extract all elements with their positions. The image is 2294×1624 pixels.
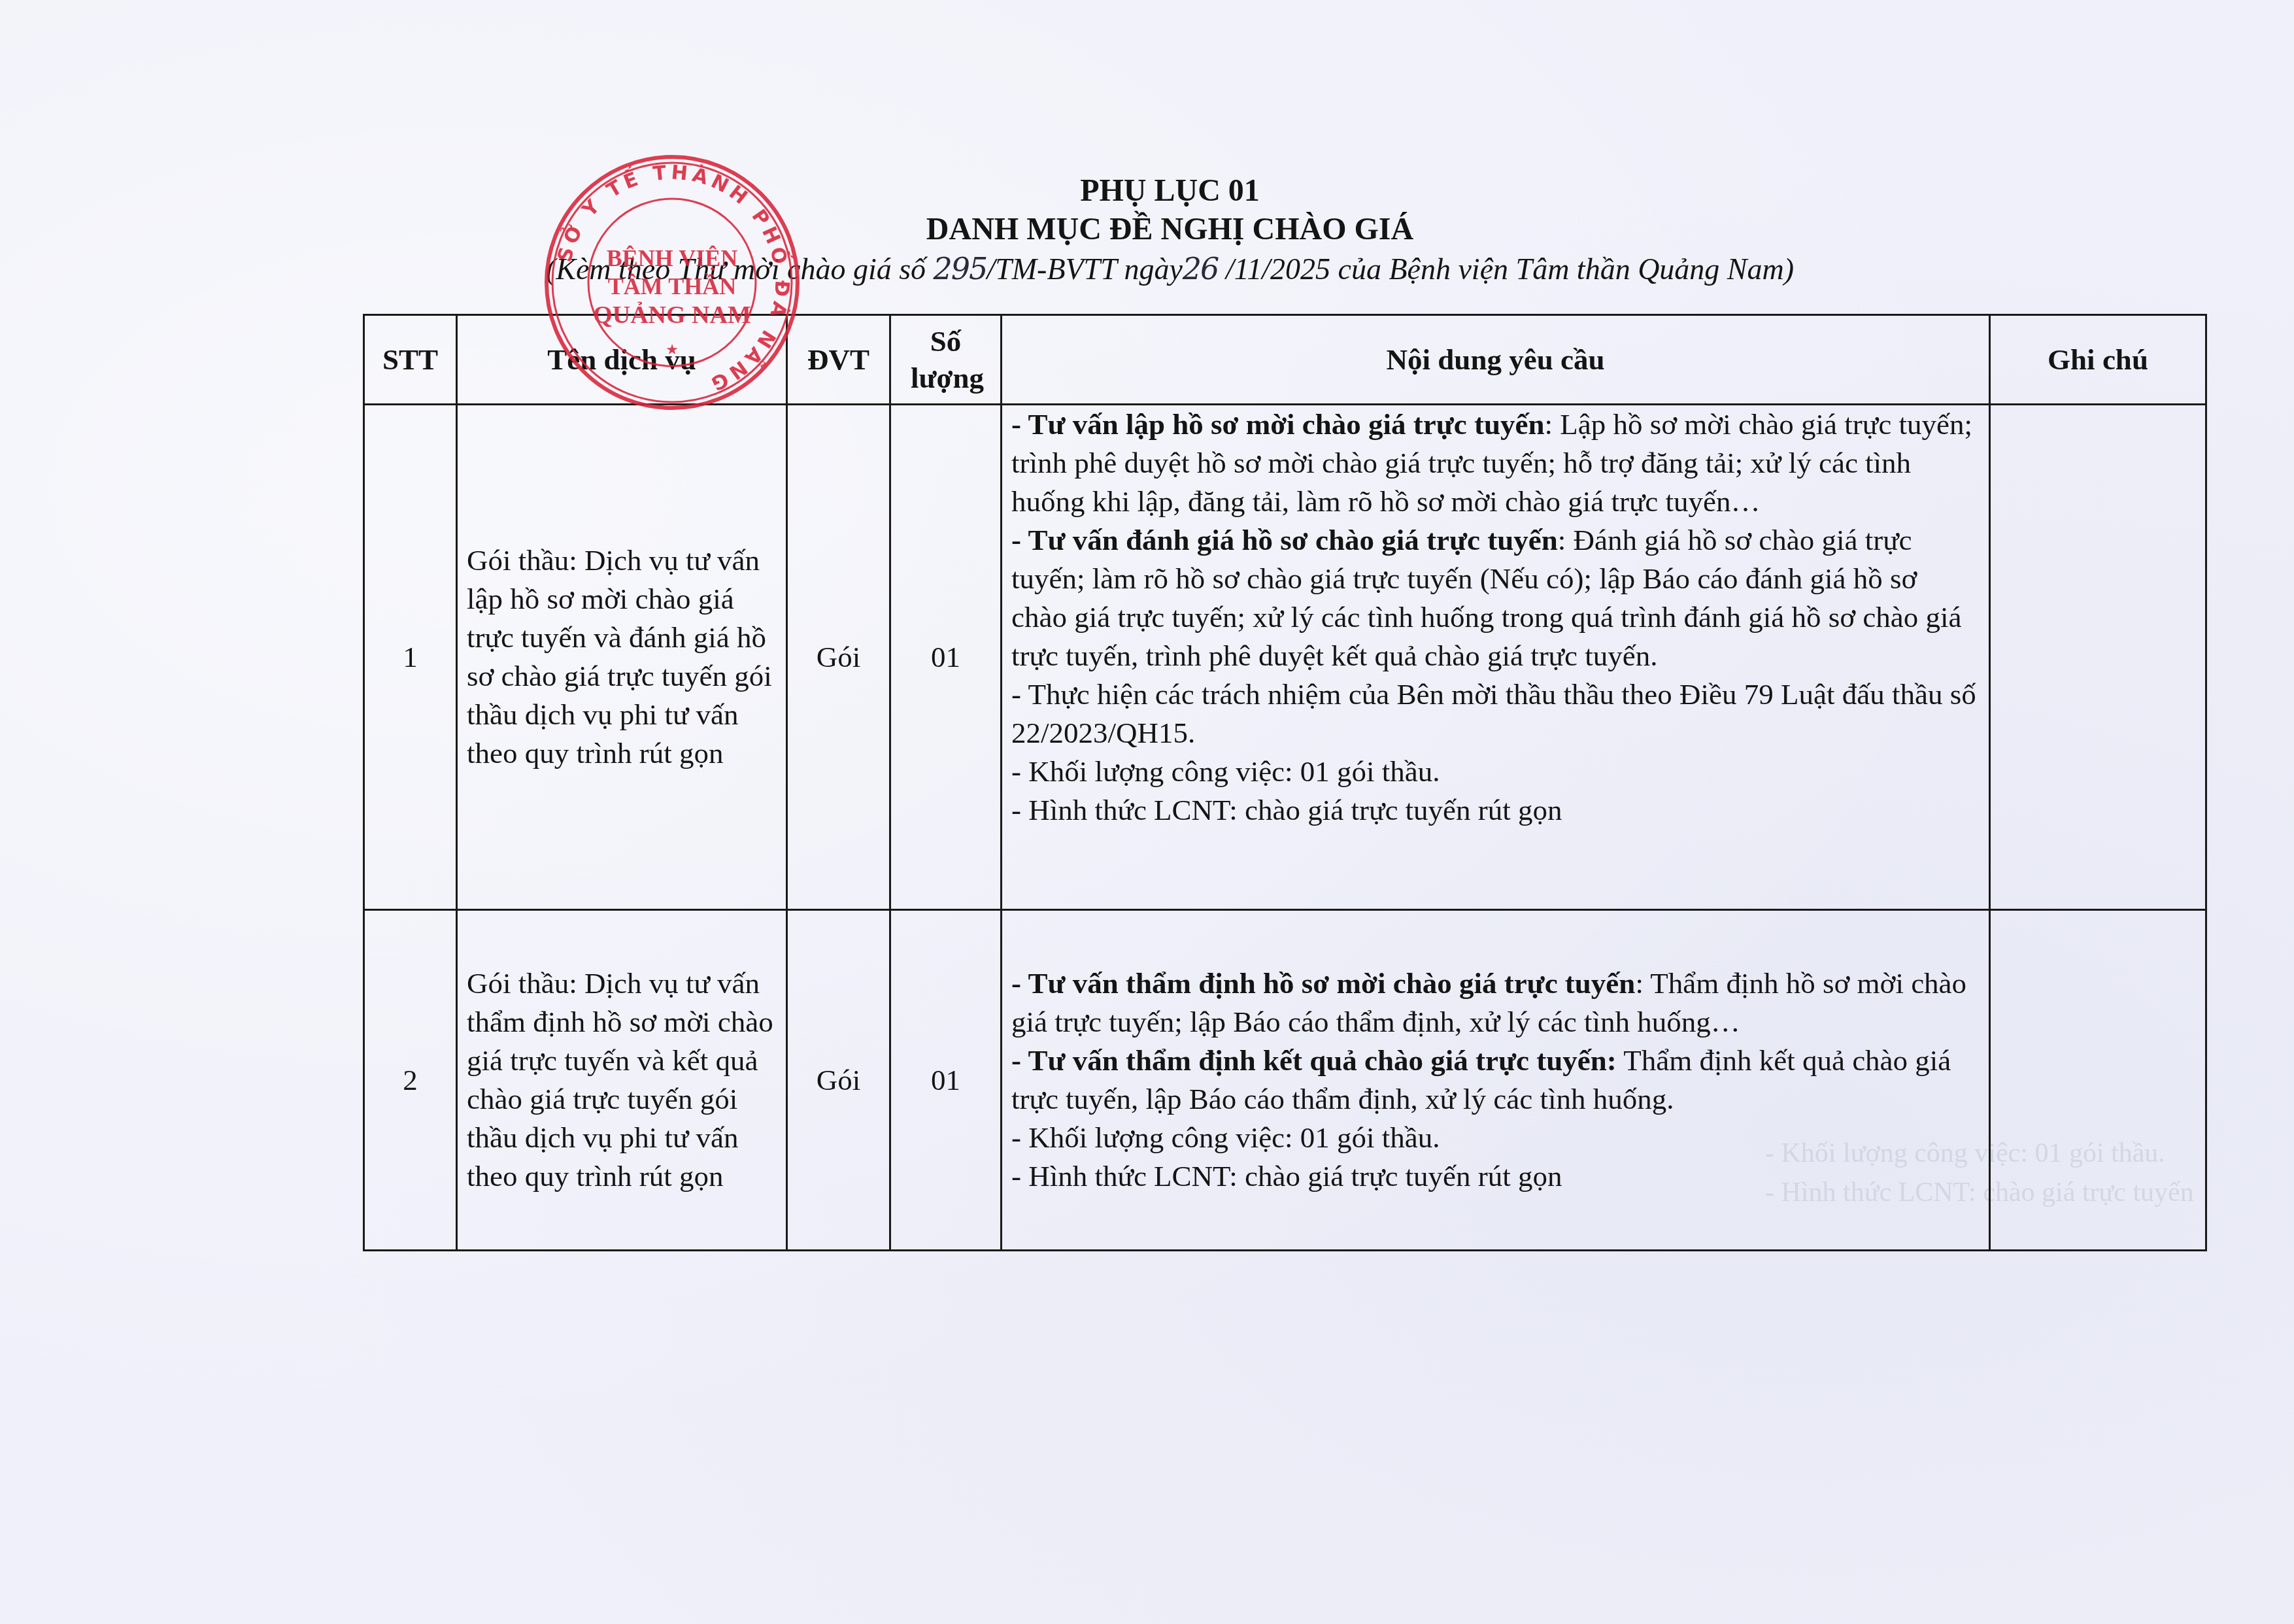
price-quote-table: STT Tên dịch vụ ĐVT Số lượng Nội dung yê… xyxy=(363,314,2207,1251)
requirement-item: - Tư vấn đánh giá hồ sơ chào giá trực tu… xyxy=(1011,521,1980,675)
cell-requirements: - Tư vấn thẩm định hồ sơ mời chào giá tr… xyxy=(1002,910,1990,1251)
appendix-title: PHỤ LỤC 01 xyxy=(0,171,2294,211)
cell-quantity: 01 xyxy=(890,405,1002,910)
document-header: PHỤ LỤC 01 DANH MỤC ĐỀ NGHỊ CHÀO GIÁ (Kè… xyxy=(0,171,2294,290)
seal-center-line3: QUẢNG NAM xyxy=(593,301,751,329)
subtitle-mid: /TM-BVTT ngày xyxy=(987,252,1182,286)
requirement-item: - Khối lượng công việc: 01 gói thầu. xyxy=(1011,1119,1980,1157)
cell-unit: Gói xyxy=(787,910,890,1251)
seal-center-line1: BỆNH VIỆN xyxy=(607,245,737,271)
cell-unit: Gói xyxy=(787,405,890,910)
subtitle: (Kèm theo Thư mời chào giá số 295/TM-BVT… xyxy=(0,248,2294,290)
cell-notes xyxy=(1990,910,2206,1251)
header-quantity: Số lượng xyxy=(890,315,1002,405)
handwritten-letter-number: 295 xyxy=(934,251,987,286)
requirement-item: - Tư vấn thẩm định kết quả chào giá trực… xyxy=(1011,1041,1980,1119)
hospital-seal-stamp: SỞ Y TẾ THÀNH PHỐ ĐÀ NẴNG BỆNH VIỆN TÂM … xyxy=(541,152,803,413)
requirement-item: - Hình thức LCNT: chào giá trực tuyến rú… xyxy=(1011,791,1980,830)
requirement-item: - Tư vấn lập hồ sơ mời chào giá trực tuy… xyxy=(1011,405,1980,521)
requirement-item: - Tư vấn thẩm định hồ sơ mời chào giá tr… xyxy=(1011,964,1980,1041)
cell-stt: 2 xyxy=(364,910,457,1251)
cell-service-name: Gói thầu: Dịch vụ tư vấn thẩm định hồ sơ… xyxy=(457,910,787,1251)
cell-requirements: - Tư vấn lập hồ sơ mời chào giá trực tuy… xyxy=(1002,405,1990,910)
table-row: 2 Gói thầu: Dịch vụ tư vấn thẩm định hồ … xyxy=(364,910,2206,1251)
cell-stt: 1 xyxy=(364,405,457,910)
handwritten-day: 26 xyxy=(1183,251,1219,286)
header-stt: STT xyxy=(364,315,457,405)
main-title: DANH MỤC ĐỀ NGHỊ CHÀO GIÁ xyxy=(0,211,2294,248)
requirement-item: - Thực hiện các trách nhiệm của Bên mời … xyxy=(1011,675,1980,753)
cell-service-name: Gói thầu: Dịch vụ tư vấn lập hồ sơ mời c… xyxy=(457,405,787,910)
requirement-item: - Khối lượng công việc: 01 gói thầu. xyxy=(1011,753,1980,791)
subtitle-suffix: /11/2025 của Bệnh viện Tâm thần Quảng Na… xyxy=(1218,252,1794,286)
table-row: 1 Gói thầu: Dịch vụ tư vấn lập hồ sơ mời… xyxy=(364,405,2206,910)
header-requirements: Nội dung yêu cầu xyxy=(1002,315,1990,405)
header-notes: Ghi chú xyxy=(1990,315,2206,405)
seal-center-line2: TÂM THẦN xyxy=(608,273,736,299)
cell-notes xyxy=(1990,405,2206,910)
requirement-item: - Hình thức LCNT: chào giá trực tuyến rú… xyxy=(1011,1157,1980,1196)
svg-text:★: ★ xyxy=(666,342,679,358)
cell-quantity: 01 xyxy=(890,910,1002,1251)
